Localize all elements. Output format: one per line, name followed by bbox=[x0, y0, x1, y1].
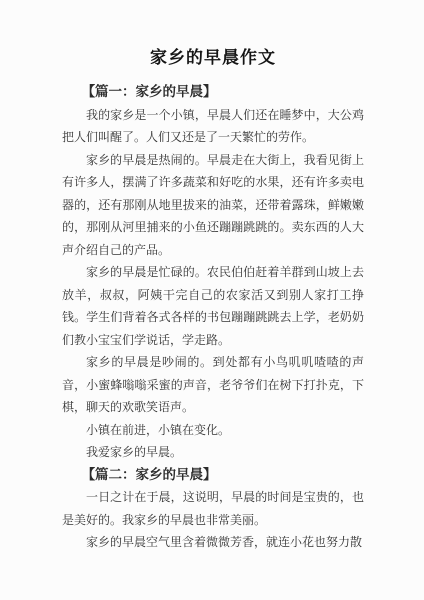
essay-paragraph: 小镇在前进，小镇在变化。 bbox=[62, 419, 364, 442]
essay-paragraph: 我的家乡是一个小镇，早晨人们还在睡梦中，大公鸡把人们叫醒了。人们又还是了一天繁忙… bbox=[62, 104, 364, 149]
essay-paragraph: 家乡的早晨是忙碌的。农民伯伯赶着羊群到山坡上去放羊，叔叔，阿姨干完自己的农家活又… bbox=[62, 261, 364, 351]
essay-paragraph: 家乡的早晨空气里含着微微芳香，就连小花也努力散 bbox=[62, 531, 364, 554]
document-page: 家乡的早晨作文 【篇一：家乡的早晨】 我的家乡是一个小镇，早晨人们还在睡梦中，大… bbox=[0, 0, 424, 600]
essay-paragraph: 一日之计在于晨，这说明，早晨的时间是宝贵的，也是美好的。我家乡的早晨也非常美丽。 bbox=[62, 486, 364, 531]
page-title: 家乡的早晨作文 bbox=[62, 46, 364, 70]
section-2-heading: 【篇二：家乡的早晨】 bbox=[62, 464, 364, 487]
section-1-heading: 【篇一：家乡的早晨】 bbox=[62, 81, 364, 104]
essay-paragraph: 家乡的早晨是吵闹的。到处都有小鸟叽叽喳喳的声音，小蜜蜂嗡嗡采蜜的声音，老爷爷们在… bbox=[62, 351, 364, 419]
essay-paragraph: 家乡的早晨是热闹的。早晨走在大街上，我看见街上有许多人，摆满了许多蔬菜和好吃的水… bbox=[62, 149, 364, 262]
essay-section-2: 【篇二：家乡的早晨】 一日之计在于晨，这说明，早晨的时间是宝贵的，也是美好的。我… bbox=[62, 464, 364, 554]
essay-section-1: 【篇一：家乡的早晨】 我的家乡是一个小镇，早晨人们还在睡梦中，大公鸡把人们叫醒了… bbox=[62, 81, 364, 464]
essay-paragraph: 我爱家乡的早晨。 bbox=[62, 441, 364, 464]
